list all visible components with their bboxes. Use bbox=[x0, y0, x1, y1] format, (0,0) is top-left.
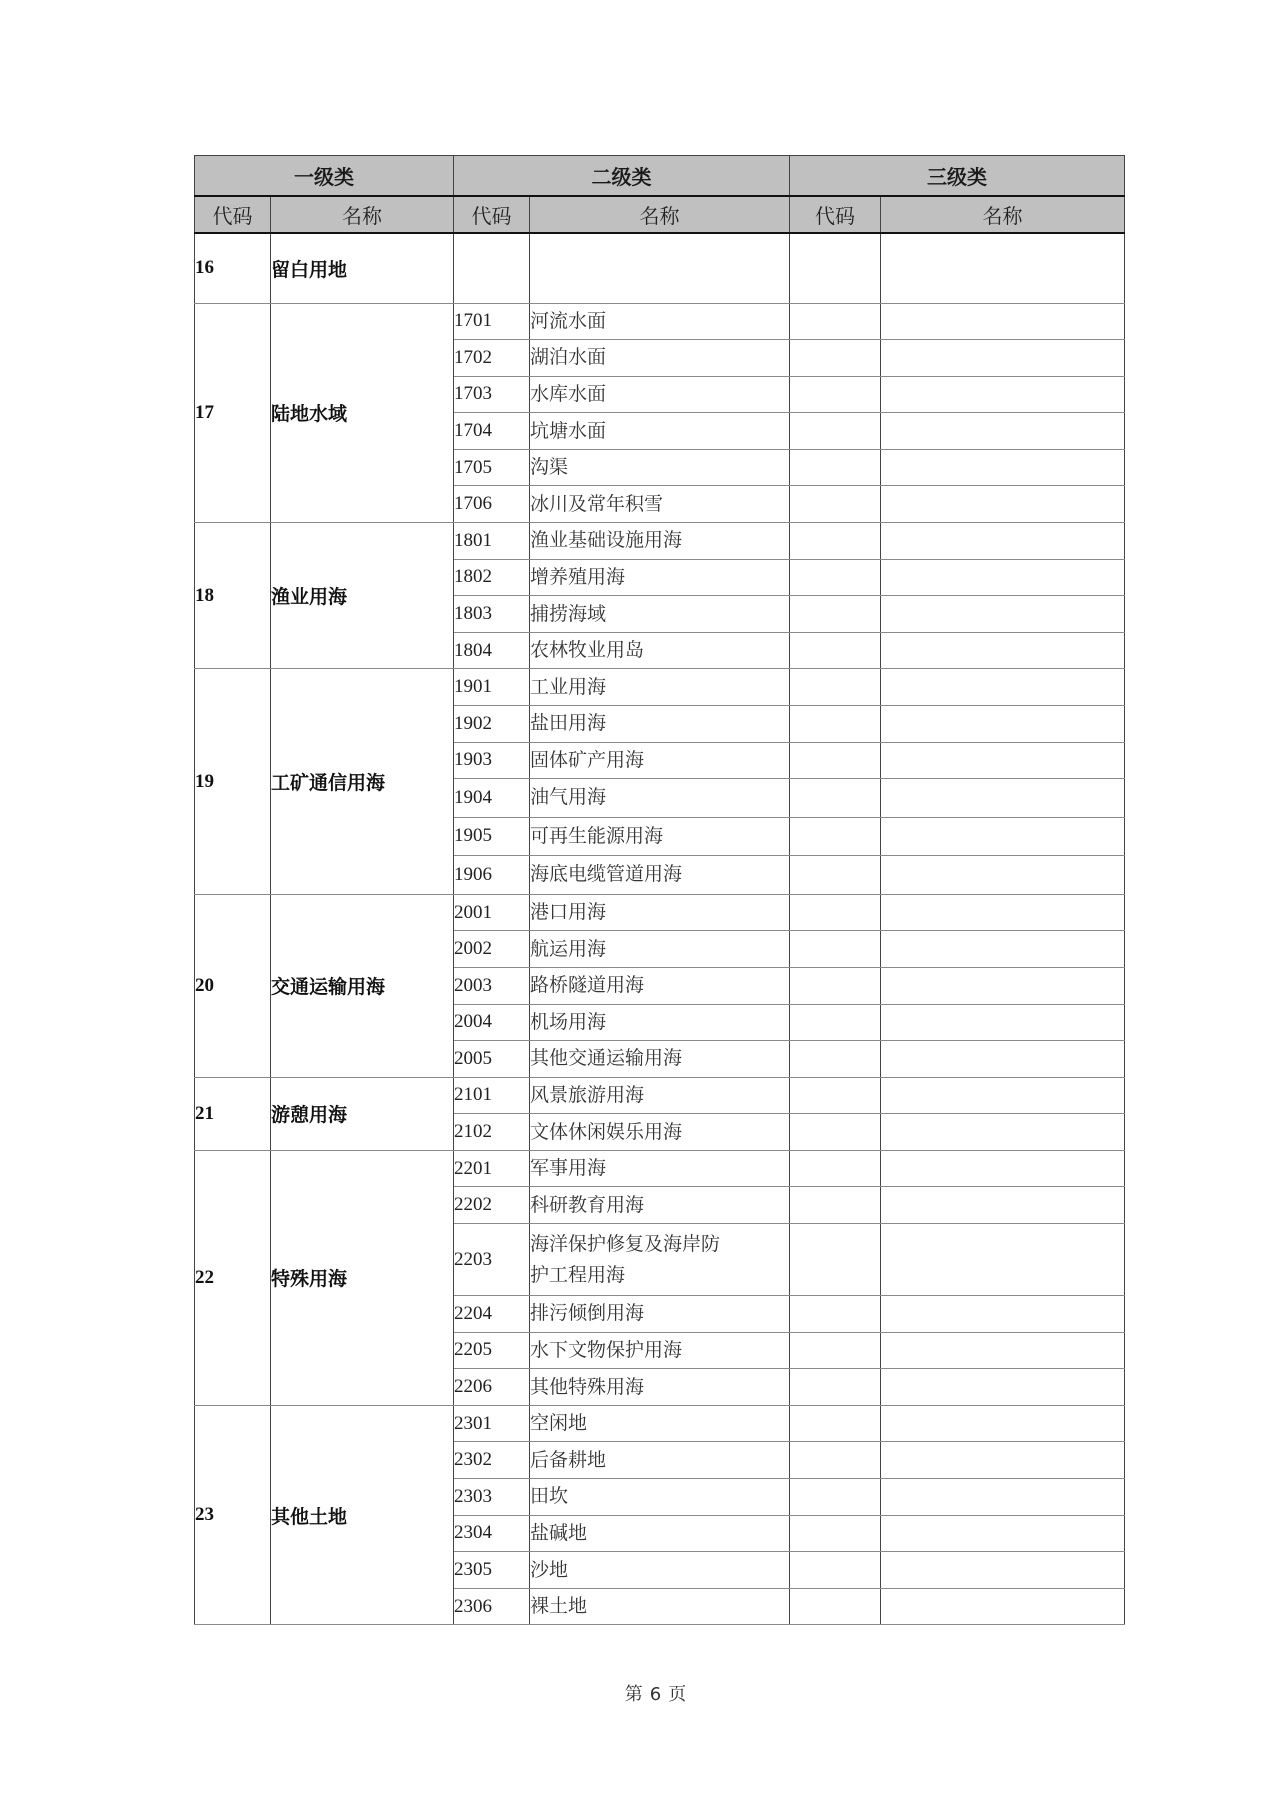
level2-name: 军事用海 bbox=[530, 1150, 790, 1187]
land-use-classification-table: 一级类 二级类 三级类 代码 名称 代码 名称 代码 名称 16 留白用地 bbox=[194, 155, 1125, 1625]
level3-code bbox=[790, 856, 881, 895]
level3-code bbox=[790, 1150, 881, 1187]
level3-name bbox=[881, 1369, 1125, 1406]
header-level2: 二级类 bbox=[454, 156, 790, 197]
level2-code: 2304 bbox=[454, 1515, 530, 1552]
header-level2-name: 名称 bbox=[530, 196, 790, 233]
level3-code bbox=[790, 486, 881, 523]
level2-code: 2302 bbox=[454, 1442, 530, 1479]
level3-code bbox=[790, 1114, 881, 1151]
level2-name: 渔业基础设施用海 bbox=[530, 523, 790, 560]
level3-code bbox=[790, 1515, 881, 1552]
level3-code bbox=[790, 779, 881, 818]
level3-name bbox=[881, 1442, 1125, 1479]
level3-code bbox=[790, 1479, 881, 1516]
header-level2-code: 代码 bbox=[454, 196, 530, 233]
level2-code: 2005 bbox=[454, 1041, 530, 1078]
table-row: 16 留白用地 bbox=[195, 233, 1125, 303]
level2-name: 田坎 bbox=[530, 1479, 790, 1516]
level2-code: 1702 bbox=[454, 340, 530, 377]
level1-code: 17 bbox=[195, 303, 271, 523]
level2-code: 2004 bbox=[454, 1004, 530, 1041]
level2-code: 1703 bbox=[454, 376, 530, 413]
level2-name: 增养殖用海 bbox=[530, 559, 790, 596]
level3-name bbox=[881, 1479, 1125, 1516]
level3-name bbox=[881, 559, 1125, 596]
level3-code bbox=[790, 632, 881, 669]
level2-code: 1903 bbox=[454, 742, 530, 779]
level2-name: 海底电缆管道用海 bbox=[530, 856, 790, 895]
level3-code bbox=[790, 1369, 881, 1406]
level2-name: 风景旅游用海 bbox=[530, 1077, 790, 1114]
level3-name bbox=[881, 1552, 1125, 1589]
level3-name bbox=[881, 856, 1125, 895]
level3-code bbox=[790, 596, 881, 633]
level2-name: 工业用海 bbox=[530, 669, 790, 706]
level2-name: 可再生能源用海 bbox=[530, 817, 790, 856]
level3-name bbox=[881, 523, 1125, 560]
level3-code bbox=[790, 1296, 881, 1333]
level3-name bbox=[881, 1515, 1125, 1552]
level2-name: 河流水面 bbox=[530, 303, 790, 340]
level2-code: 2301 bbox=[454, 1405, 530, 1442]
level2-name: 科研教育用海 bbox=[530, 1187, 790, 1224]
level2-code: 2001 bbox=[454, 894, 530, 931]
level2-name-line1: 海洋保护修复及海岸防 bbox=[530, 1229, 789, 1260]
level3-name bbox=[881, 967, 1125, 1004]
table-row: 23 其他土地 2301 空闲地 bbox=[195, 1405, 1125, 1442]
level3-name bbox=[881, 1588, 1125, 1625]
level3-code bbox=[790, 559, 881, 596]
level1-name: 留白用地 bbox=[271, 233, 454, 303]
level2-code: 1901 bbox=[454, 669, 530, 706]
level3-code bbox=[790, 413, 881, 450]
level2-code: 1704 bbox=[454, 413, 530, 450]
level2-name: 海洋保护修复及海岸防 护工程用海 bbox=[530, 1224, 790, 1296]
header-row-fields: 代码 名称 代码 名称 代码 名称 bbox=[195, 196, 1125, 233]
level1-code: 18 bbox=[195, 523, 271, 669]
level2-code: 2002 bbox=[454, 931, 530, 968]
level3-name bbox=[881, 1296, 1125, 1333]
header-level1-code: 代码 bbox=[195, 196, 271, 233]
level3-code bbox=[790, 817, 881, 856]
level2-name: 油气用海 bbox=[530, 779, 790, 818]
level2-code: 1804 bbox=[454, 632, 530, 669]
level3-name bbox=[881, 742, 1125, 779]
level3-name bbox=[881, 596, 1125, 633]
level3-code bbox=[790, 233, 881, 303]
level2-code: 1706 bbox=[454, 486, 530, 523]
level1-name: 游憩用海 bbox=[271, 1077, 454, 1150]
level3-name bbox=[881, 1077, 1125, 1114]
level3-name bbox=[881, 413, 1125, 450]
page-suffix: 页 bbox=[668, 1684, 687, 1704]
level3-name bbox=[881, 632, 1125, 669]
level1-code: 22 bbox=[195, 1150, 271, 1405]
level2-name: 湖泊水面 bbox=[530, 340, 790, 377]
level2-code: 2203 bbox=[454, 1224, 530, 1296]
level3-name bbox=[881, 669, 1125, 706]
level2-name: 固体矿产用海 bbox=[530, 742, 790, 779]
level3-name bbox=[881, 1114, 1125, 1151]
header-level1: 一级类 bbox=[195, 156, 454, 197]
level2-name: 路桥隧道用海 bbox=[530, 967, 790, 1004]
level3-code bbox=[790, 1588, 881, 1625]
level1-name: 陆地水域 bbox=[271, 303, 454, 523]
table-row: 22 特殊用海 2201 军事用海 bbox=[195, 1150, 1125, 1187]
level2-code: 2306 bbox=[454, 1588, 530, 1625]
level2-name: 水下文物保护用海 bbox=[530, 1332, 790, 1369]
level3-code bbox=[790, 894, 881, 931]
level3-name bbox=[881, 1150, 1125, 1187]
level2-name: 空闲地 bbox=[530, 1405, 790, 1442]
level2-name: 盐碱地 bbox=[530, 1515, 790, 1552]
level3-code bbox=[790, 1077, 881, 1114]
level3-code bbox=[790, 303, 881, 340]
level3-code bbox=[790, 706, 881, 743]
level1-name: 交通运输用海 bbox=[271, 894, 454, 1077]
level2-code: 2201 bbox=[454, 1150, 530, 1187]
level3-name bbox=[881, 233, 1125, 303]
level3-name bbox=[881, 486, 1125, 523]
level3-name bbox=[881, 376, 1125, 413]
level3-code bbox=[790, 742, 881, 779]
level2-name: 盐田用海 bbox=[530, 706, 790, 743]
header-row-levels: 一级类 二级类 三级类 bbox=[195, 156, 1125, 197]
level3-name bbox=[881, 303, 1125, 340]
level2-code: 1906 bbox=[454, 856, 530, 895]
level3-name bbox=[881, 706, 1125, 743]
page-number: 第6页 bbox=[0, 1680, 1280, 1706]
level3-code bbox=[790, 523, 881, 560]
level3-name bbox=[881, 779, 1125, 818]
level2-code: 2102 bbox=[454, 1114, 530, 1151]
level3-name bbox=[881, 931, 1125, 968]
level1-name: 工矿通信用海 bbox=[271, 669, 454, 894]
level3-code bbox=[790, 1332, 881, 1369]
level2-name: 其他特殊用海 bbox=[530, 1369, 790, 1406]
level2-code: 2305 bbox=[454, 1552, 530, 1589]
level2-name: 沟渠 bbox=[530, 449, 790, 486]
level2-code: 1802 bbox=[454, 559, 530, 596]
level2-code: 2205 bbox=[454, 1332, 530, 1369]
level1-code: 20 bbox=[195, 894, 271, 1077]
table-row: 20 交通运输用海 2001 港口用海 bbox=[195, 894, 1125, 931]
level3-name bbox=[881, 449, 1125, 486]
level3-code bbox=[790, 967, 881, 1004]
level3-name bbox=[881, 894, 1125, 931]
page-prefix: 第 bbox=[625, 1684, 644, 1704]
level3-code bbox=[790, 1552, 881, 1589]
level3-code bbox=[790, 1405, 881, 1442]
level2-name: 水库水面 bbox=[530, 376, 790, 413]
level2-name-line2: 护工程用海 bbox=[530, 1260, 789, 1291]
table-row: 21 游憩用海 2101 风景旅游用海 bbox=[195, 1077, 1125, 1114]
level3-code bbox=[790, 1041, 881, 1078]
level2-name: 冰川及常年积雪 bbox=[530, 486, 790, 523]
level3-name bbox=[881, 1004, 1125, 1041]
level1-code: 19 bbox=[195, 669, 271, 894]
level2-name: 港口用海 bbox=[530, 894, 790, 931]
level2-code: 1902 bbox=[454, 706, 530, 743]
header-level3-code: 代码 bbox=[790, 196, 881, 233]
table-row: 17 陆地水域 1701 河流水面 bbox=[195, 303, 1125, 340]
level2-name: 捕捞海域 bbox=[530, 596, 790, 633]
level2-code: 2101 bbox=[454, 1077, 530, 1114]
level3-name bbox=[881, 1332, 1125, 1369]
level2-code: 2003 bbox=[454, 967, 530, 1004]
level2-name: 农林牧业用岛 bbox=[530, 632, 790, 669]
level2-code: 2206 bbox=[454, 1369, 530, 1406]
level3-code bbox=[790, 931, 881, 968]
level3-code bbox=[790, 669, 881, 706]
level3-name bbox=[881, 1224, 1125, 1296]
level2-name: 沙地 bbox=[530, 1552, 790, 1589]
level2-name: 航运用海 bbox=[530, 931, 790, 968]
level2-code: 1905 bbox=[454, 817, 530, 856]
level2-name: 后备耕地 bbox=[530, 1442, 790, 1479]
level3-name bbox=[881, 340, 1125, 377]
level2-code: 1705 bbox=[454, 449, 530, 486]
table-row: 19 工矿通信用海 1901 工业用海 bbox=[195, 669, 1125, 706]
level3-name bbox=[881, 1405, 1125, 1442]
level3-code bbox=[790, 1224, 881, 1296]
level2-name: 排污倾倒用海 bbox=[530, 1296, 790, 1333]
level2-name: 坑塘水面 bbox=[530, 413, 790, 450]
table-body: 16 留白用地 17 陆地水域 1701 河流水面 1702 湖泊水面 bbox=[195, 233, 1125, 1625]
level1-name: 渔业用海 bbox=[271, 523, 454, 669]
level3-code bbox=[790, 340, 881, 377]
header-level3-name: 名称 bbox=[881, 196, 1125, 233]
level2-name bbox=[530, 233, 790, 303]
level3-code bbox=[790, 449, 881, 486]
level2-code: 1904 bbox=[454, 779, 530, 818]
level3-name bbox=[881, 1041, 1125, 1078]
level3-code bbox=[790, 1442, 881, 1479]
level2-code: 1803 bbox=[454, 596, 530, 633]
level1-code: 21 bbox=[195, 1077, 271, 1150]
level2-code: 1801 bbox=[454, 523, 530, 560]
level3-code bbox=[790, 1187, 881, 1224]
level2-code bbox=[454, 233, 530, 303]
level2-name: 裸土地 bbox=[530, 1588, 790, 1625]
level2-code: 2303 bbox=[454, 1479, 530, 1516]
level2-name: 文体休闲娱乐用海 bbox=[530, 1114, 790, 1151]
level3-code bbox=[790, 1004, 881, 1041]
level2-code: 2202 bbox=[454, 1187, 530, 1224]
level2-name: 机场用海 bbox=[530, 1004, 790, 1041]
level3-code bbox=[790, 376, 881, 413]
level1-code: 16 bbox=[195, 233, 271, 303]
level3-name bbox=[881, 1187, 1125, 1224]
level1-code: 23 bbox=[195, 1405, 271, 1625]
document-page: 一级类 二级类 三级类 代码 名称 代码 名称 代码 名称 16 留白用地 bbox=[0, 0, 1280, 1810]
level3-name bbox=[881, 817, 1125, 856]
level1-name: 其他土地 bbox=[271, 1405, 454, 1625]
level2-code: 1701 bbox=[454, 303, 530, 340]
header-level1-name: 名称 bbox=[271, 196, 454, 233]
table-row: 18 渔业用海 1801 渔业基础设施用海 bbox=[195, 523, 1125, 560]
level2-code: 2204 bbox=[454, 1296, 530, 1333]
header-level3: 三级类 bbox=[790, 156, 1125, 197]
page-number-value: 6 bbox=[650, 1684, 662, 1705]
level1-name: 特殊用海 bbox=[271, 1150, 454, 1405]
level2-name: 其他交通运输用海 bbox=[530, 1041, 790, 1078]
